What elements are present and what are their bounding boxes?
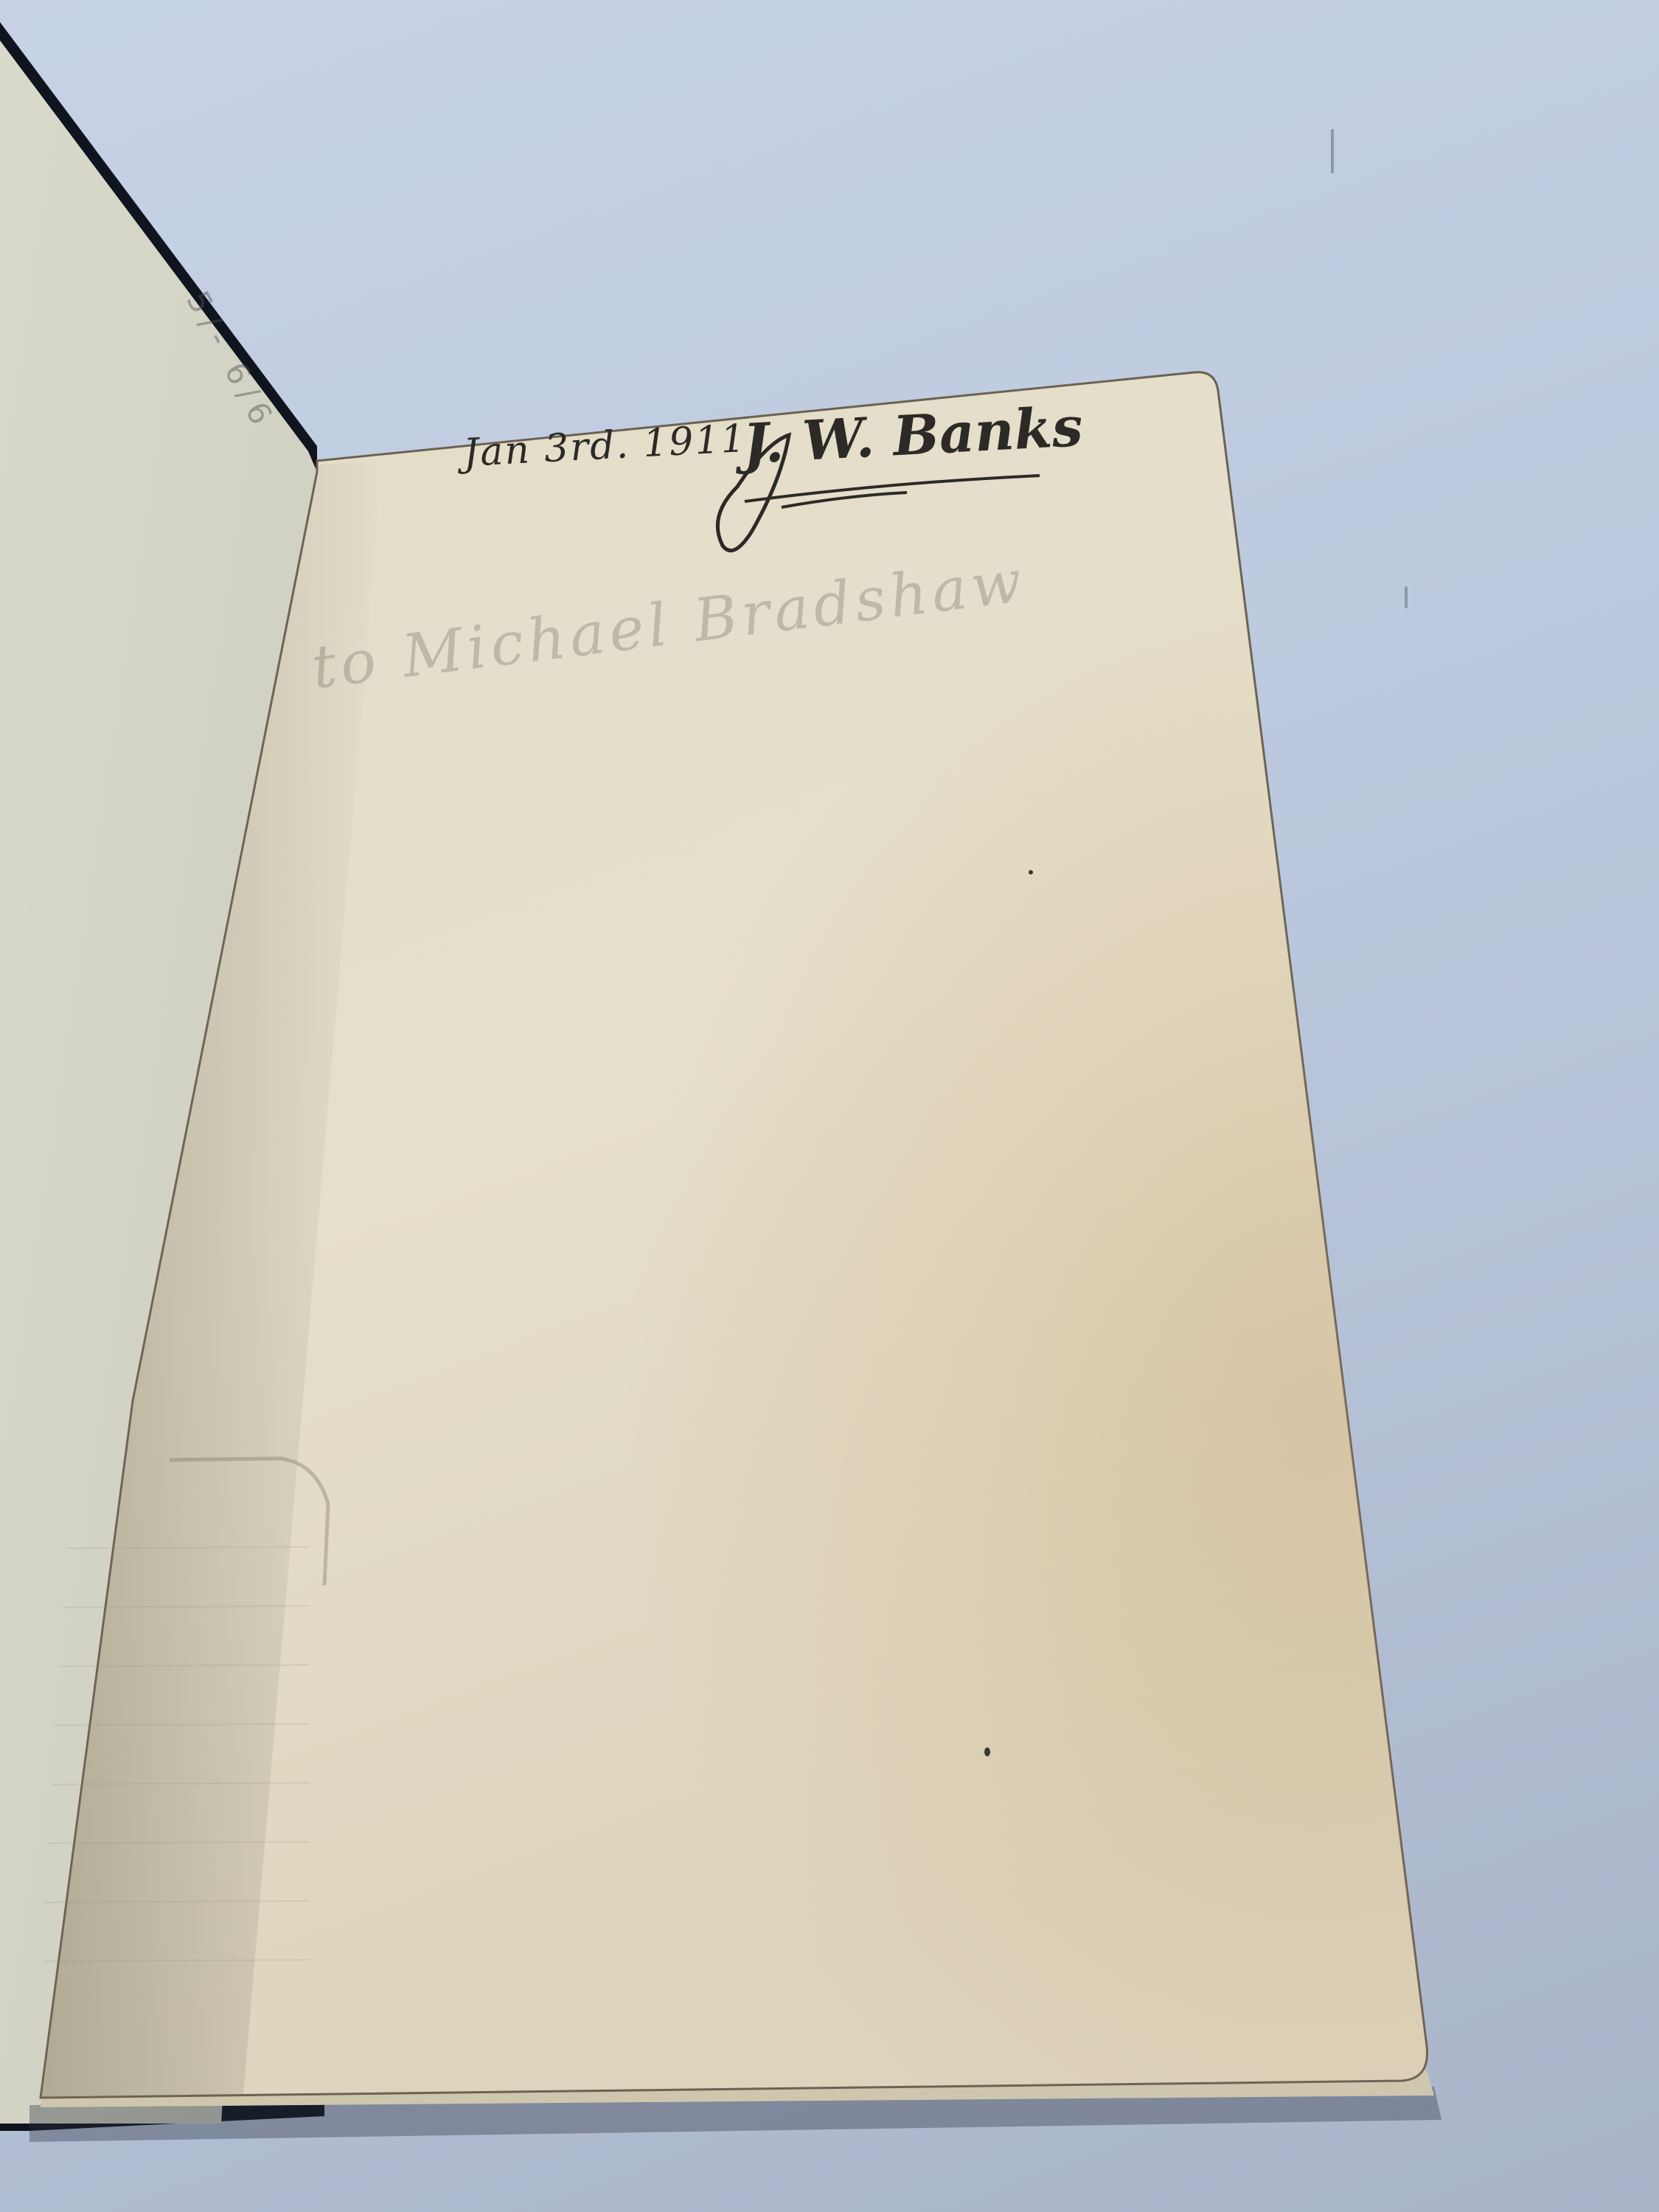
surface-mark [1405, 586, 1408, 608]
surface-mark [1331, 129, 1334, 173]
ink-speck [984, 1747, 990, 1756]
book [0, 0, 1659, 2212]
photo-scene: Jan 3rd. 1911 J. W. Banks to Michael Bra… [0, 0, 1659, 2212]
ink-speck [1029, 870, 1033, 874]
